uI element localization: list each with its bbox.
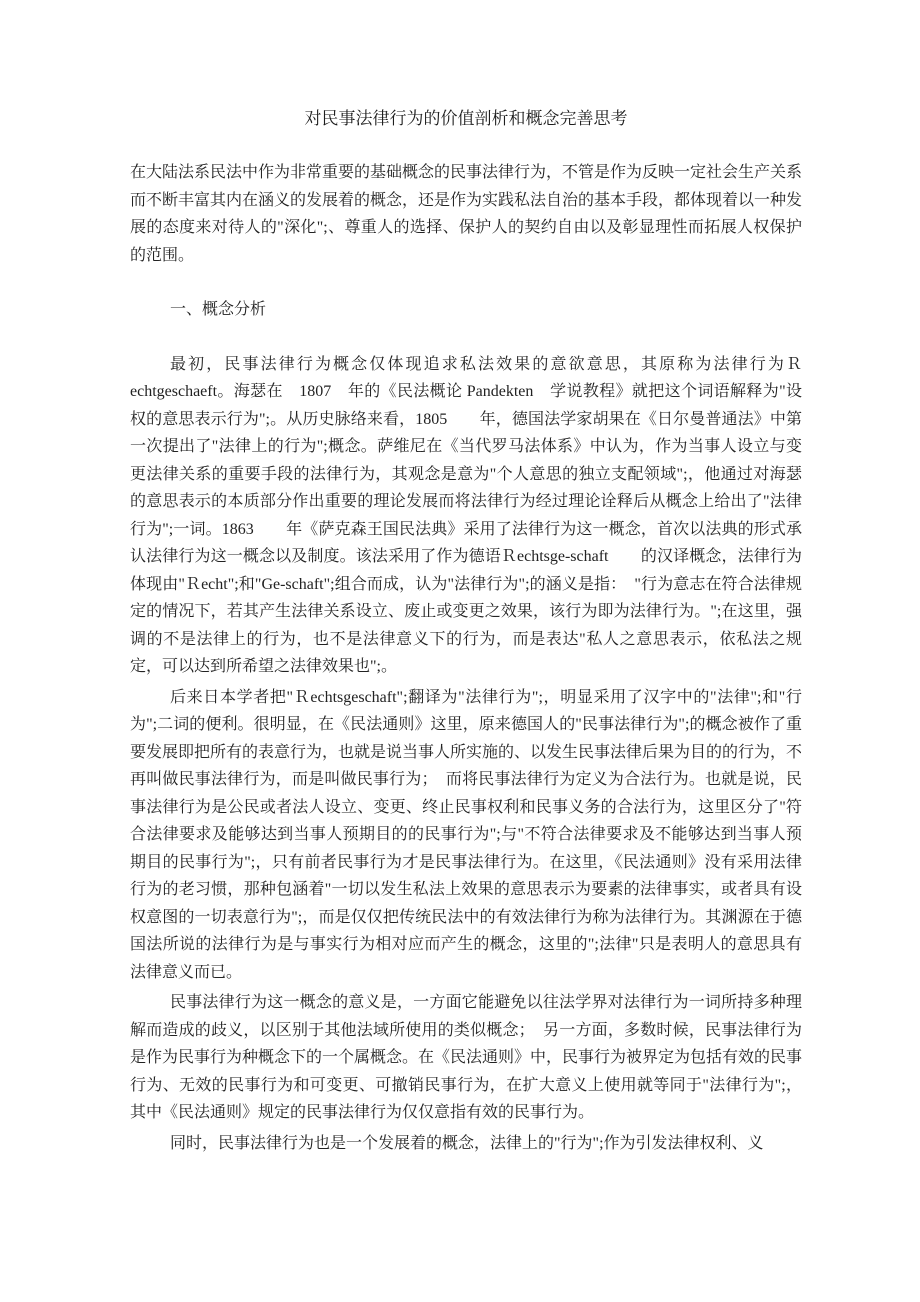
document-content: 对民事法律行为的价值剖析和概念完善思考 在大陆法系民法中作为非常重要的基础概念的… <box>130 105 802 1157</box>
paragraph-developing-concept: 同时，民事法律行为也是一个发展着的概念，法律上的"行为";作为引发法律权利、义 <box>130 1130 802 1158</box>
paragraph-concept-origin: 最初，民事法律行为概念仅体现追求私法效果的意欲意思，其原称为法律行为Ｒechtg… <box>130 351 802 681</box>
paragraph-japanese-translation: 后来日本学者把"Ｒechtsgeschaft";翻译为"法律行为";，明显采用了… <box>130 684 802 987</box>
paragraph-introduction: 在大陆法系民法中作为非常重要的基础概念的民事法律行为，不管是作为反映一定社会生产… <box>130 159 802 269</box>
section-heading-concept-analysis: 一、概念分析 <box>130 296 802 324</box>
document-page: 对民事法律行为的价值剖析和概念完善思考 在大陆法系民法中作为非常重要的基础概念的… <box>0 0 920 1302</box>
paragraph-concept-significance: 民事法律行为这一概念的意义是，一方面它能避免以往法学界对法律行为一词所持多种理解… <box>130 989 802 1127</box>
document-title: 对民事法律行为的价值剖析和概念完善思考 <box>130 105 802 132</box>
